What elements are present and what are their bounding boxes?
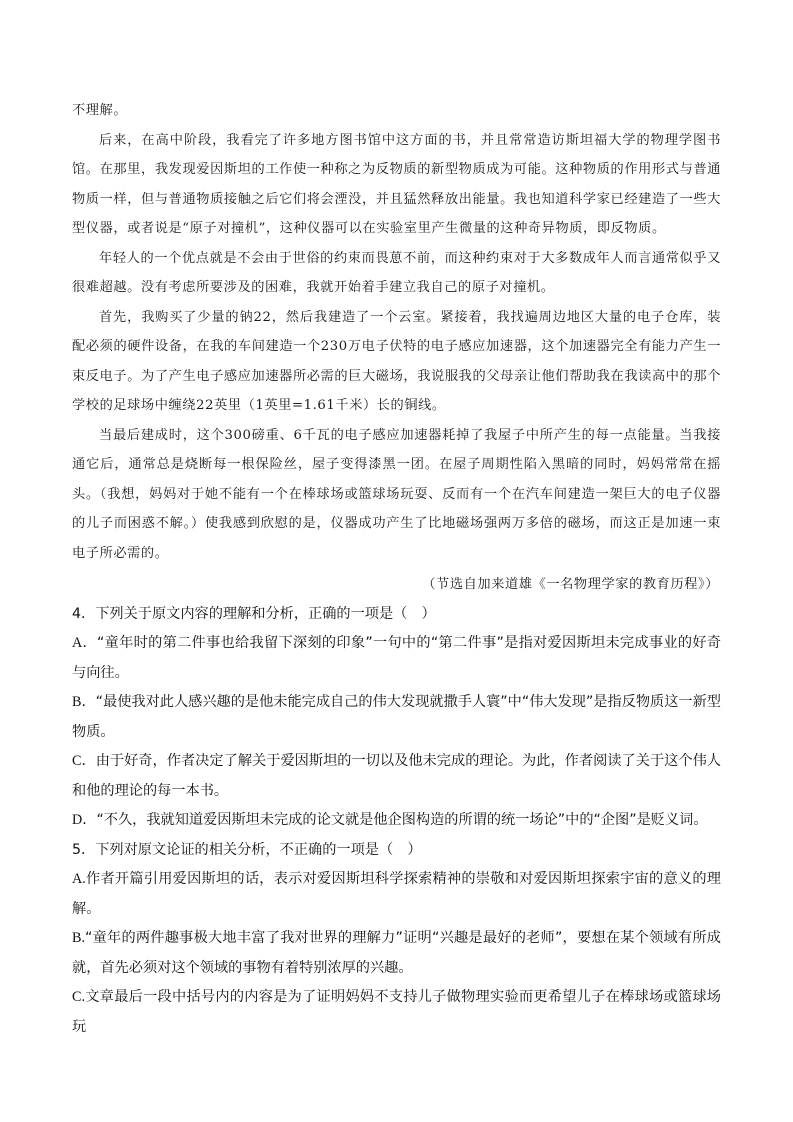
- question-stem: 4．下列关于原文内容的理解和分析，正确的一项是（ ）: [72, 600, 721, 630]
- option-text: 由于好奇，作者决定了解关于爱因斯坦的一切以及他未完成的理论。为此，作者阅读了关于…: [72, 753, 721, 799]
- document-page: 不理解。 后来，在高中阶段，我看完了许多地方图书馆中这方面的书，并且常常造访斯坦…: [72, 96, 721, 1042]
- option-b: B．“最使我对此人感兴趣的是他未能完成自己的伟大发现就撒手人寰”中“伟大发现”是…: [72, 688, 721, 747]
- passage-paragraph-3: 年轻人的一个优点就是不会由于世俗的约束而畏葸不前，而这种约束对于大多数成年人而言…: [72, 244, 721, 303]
- question-stem: 5．下列对原文论证的相关分析，不正确的一项是（ ）: [72, 836, 721, 866]
- option-label: A．: [72, 635, 97, 651]
- question-4: 4．下列关于原文内容的理解和分析，正确的一项是（ ） A．“童年时的第二件事也给…: [72, 600, 721, 836]
- option-text: 文章最后一段中括号内的内容是为了证明妈妈不支持儿子做物理实验而更希望儿子在棒球场…: [72, 989, 721, 1035]
- option-label: A.: [72, 871, 86, 887]
- option-label: B.: [72, 930, 85, 946]
- option-text: “童年时的第二件事也给我留下深刻的印象”一句中的“第二件事”是指对爱因斯坦未完成…: [72, 635, 721, 681]
- option-text: “童年的两件趣事极大地丰富了我对世界的理解力”证明“兴趣是最好的老师”，要想在某…: [72, 930, 721, 976]
- option-a: A．“童年时的第二件事也给我留下深刻的印象”一句中的“第二件事”是指对爱因斯坦未…: [72, 629, 721, 688]
- question-list: 4．下列关于原文内容的理解和分析，正确的一项是（ ） A．“童年时的第二件事也给…: [72, 600, 721, 1043]
- question-5: 5．下列对原文论证的相关分析，不正确的一项是（ ） A.作者开篇引用爱因斯坦的话…: [72, 836, 721, 1043]
- option-text: 作者开篇引用爱因斯坦的话，表示对爱因斯坦科学探索精神的崇敬和对爱因斯坦探索宇宙的…: [72, 871, 721, 917]
- passage-paragraph-5: 当最后建成时，这个300磅重、6千瓦的电子感应加速器耗掉了我屋子中所产生的每一点…: [72, 421, 721, 569]
- passage-paragraph-2: 后来，在高中阶段，我看完了许多地方图书馆中这方面的书，并且常常造访斯坦福大学的物…: [72, 126, 721, 244]
- option-c: C.文章最后一段中括号内的内容是为了证明妈妈不支持儿子做物理实验而更希望儿子在棒…: [72, 983, 721, 1042]
- passage-paragraph-1: 不理解。: [72, 96, 721, 126]
- option-a: A.作者开篇引用爱因斯坦的话，表示对爱因斯坦科学探索精神的崇敬和对爱因斯坦探索宇…: [72, 865, 721, 924]
- option-label: B．: [72, 694, 96, 710]
- option-b: B.“童年的两件趣事极大地丰富了我对世界的理解力”证明“兴趣是最好的老师”，要想…: [72, 924, 721, 983]
- option-text: “不久，我就知道爱因斯坦未完成的论文就是他企图构造的所谓的统一场论”中的“企图”…: [96, 812, 707, 828]
- option-label: C.: [72, 989, 85, 1005]
- option-label: C．: [72, 753, 96, 769]
- reading-passage: 不理解。 后来，在高中阶段，我看完了许多地方图书馆中这方面的书，并且常常造访斯坦…: [72, 96, 721, 600]
- option-d: D．“不久，我就知道爱因斯坦未完成的论文就是他企图构造的所谓的统一场论”中的“企…: [72, 806, 721, 836]
- option-text: “最使我对此人感兴趣的是他未能完成自己的伟大发现就撒手人寰”中“伟大发现”是指反…: [72, 694, 721, 740]
- option-c: C．由于好奇，作者决定了解关于爱因斯坦的一切以及他未完成的理论。为此，作者阅读了…: [72, 747, 721, 806]
- passage-paragraph-4: 首先，我购买了少量的钠22，然后我建造了一个云室。紧接着，我找遍周边地区大量的电…: [72, 303, 721, 421]
- option-label: D．: [72, 812, 96, 828]
- passage-source-citation: （节选自加来道雄《一名物理学家的教育历程》）: [72, 570, 721, 600]
